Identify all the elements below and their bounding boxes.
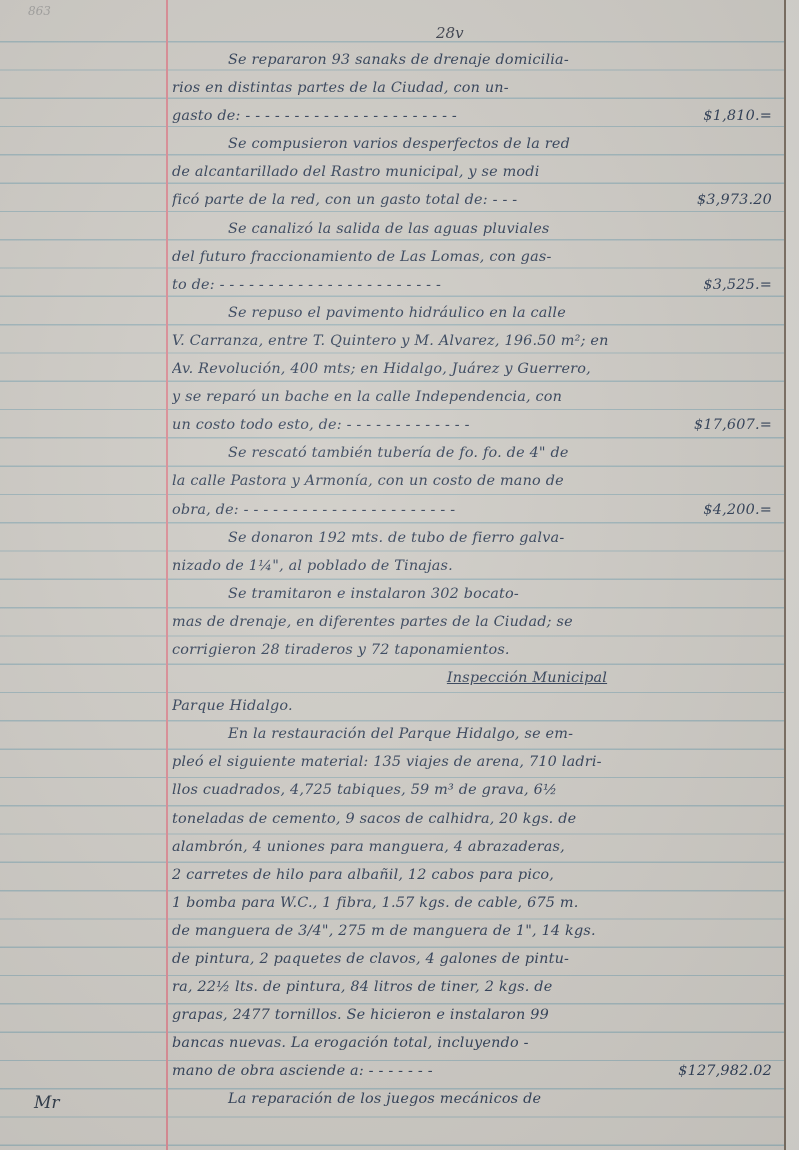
text-line: del futuro fraccionamiento de Las Lomas,… bbox=[172, 243, 772, 271]
text-line: $3,973.20ficó parte de la red, con un ga… bbox=[172, 186, 772, 214]
dash-leader: - - - bbox=[488, 192, 518, 208]
text-line: $1,810.=gasto de: - - - - - - - - - - - … bbox=[172, 102, 772, 130]
line-text: Se repuso el pavimento hidráulico en la … bbox=[228, 305, 566, 321]
expense-amount: $127,982.02 bbox=[678, 1057, 772, 1085]
line-text: mano de obra asciende a: bbox=[172, 1063, 369, 1079]
text-line: toneladas de cemento, 9 sacos de calhidr… bbox=[172, 805, 772, 833]
line-text: alambrón, 4 uniones para manguera, 4 abr… bbox=[172, 839, 565, 855]
line-text: Se compusieron varios desperfectos de la… bbox=[228, 136, 570, 152]
line-text: Parque Hidalgo. bbox=[172, 698, 293, 714]
text-line: La reparación de los juegos mecánicos de bbox=[172, 1085, 772, 1113]
line-text: y se reparó un bache en la calle Indepen… bbox=[172, 389, 562, 405]
corner-pencil-mark: 863 bbox=[28, 4, 51, 18]
text-line: En la restauración del Parque Hidalgo, s… bbox=[172, 720, 772, 748]
line-text: La reparación de los juegos mecánicos de bbox=[228, 1091, 541, 1107]
line-text: pleó el siguiente material: 135 viajes d… bbox=[172, 754, 602, 770]
line-text: de manguera de 3/4", 275 m de manguera d… bbox=[172, 923, 596, 939]
line-text: ficó parte de la red, con un gasto total… bbox=[172, 192, 488, 208]
line-text: obra, de: bbox=[172, 502, 244, 518]
text-line: $3,525.=to de: - - - - - - - - - - - - -… bbox=[172, 271, 772, 299]
text-line: Parque Hidalgo. bbox=[172, 692, 772, 720]
line-text: del futuro fraccionamiento de Las Lomas,… bbox=[172, 249, 552, 265]
expense-amount: $4,200.= bbox=[703, 496, 772, 524]
red-margin-line bbox=[166, 0, 168, 1150]
line-text: grapas, 2477 tornillos. Se hicieron e in… bbox=[172, 1007, 549, 1023]
dash-leader: - - - - - - - bbox=[369, 1063, 433, 1079]
line-text: Se donaron 192 mts. de tubo de fierro ga… bbox=[228, 530, 564, 546]
text-line: Se repuso el pavimento hidráulico en la … bbox=[172, 299, 772, 327]
text-line: Se tramitaron e instalaron 302 bocato- bbox=[172, 580, 772, 608]
line-text: la calle Pastora y Armonía, con un costo… bbox=[172, 473, 564, 489]
text-line: corrigieron 28 tiraderos y 72 taponamien… bbox=[172, 636, 772, 664]
dash-leader: - - - - - - - - - - - - - - - - - - - - … bbox=[244, 502, 456, 518]
line-text: de pintura, 2 paquetes de clavos, 4 galo… bbox=[172, 951, 569, 967]
text-line: 1 bomba para W.C., 1 fibra, 1.57 kgs. de… bbox=[172, 889, 772, 917]
line-text: un costo todo esto, de: bbox=[172, 417, 347, 433]
line-text: de alcantarillado del Rastro municipal, … bbox=[172, 164, 540, 180]
expense-amount: $3,525.= bbox=[703, 271, 772, 299]
line-text: rios en distintas partes de la Ciudad, c… bbox=[172, 80, 509, 96]
adjacent-page-strip bbox=[786, 0, 799, 1150]
text-line: grapas, 2477 tornillos. Se hicieron e in… bbox=[172, 1001, 772, 1029]
line-text: En la restauración del Parque Hidalgo, s… bbox=[228, 726, 573, 742]
line-text: Se tramitaron e instalaron 302 bocato- bbox=[228, 586, 519, 602]
line-text: Se repararon 93 sanaks de drenaje domici… bbox=[228, 52, 569, 68]
line-text: Se rescató también tubería de fo. fo. de… bbox=[228, 445, 569, 461]
notebook-page: 863 28v Mr Se repararon 93 sanaks de dre… bbox=[0, 0, 799, 1150]
text-line: bancas nuevas. La erogación total, inclu… bbox=[172, 1029, 772, 1057]
line-text: mas de drenaje, en diferentes partes de … bbox=[172, 614, 573, 630]
text-line: alambrón, 4 uniones para manguera, 4 abr… bbox=[172, 833, 772, 861]
text-line: la calle Pastora y Armonía, con un costo… bbox=[172, 467, 772, 495]
text-line: de alcantarillado del Rastro municipal, … bbox=[172, 158, 772, 186]
line-text: toneladas de cemento, 9 sacos de calhidr… bbox=[172, 811, 576, 827]
text-line: Se repararon 93 sanaks de drenaje domici… bbox=[172, 46, 772, 74]
text-line: Se rescató también tubería de fo. fo. de… bbox=[172, 439, 772, 467]
page-number: 28v bbox=[436, 24, 464, 42]
text-line: pleó el siguiente material: 135 viajes d… bbox=[172, 748, 772, 776]
text-line: Se canalizó la salida de las aguas pluvi… bbox=[172, 215, 772, 243]
text-line: Se compusieron varios desperfectos de la… bbox=[172, 130, 772, 158]
expense-amount: $17,607.= bbox=[694, 411, 772, 439]
line-text: ra, 22½ lts. de pintura, 84 litros de ti… bbox=[172, 979, 552, 995]
line-text: bancas nuevas. La erogación total, inclu… bbox=[172, 1035, 529, 1051]
text-line: $127,982.02mano de obra asciende a: - - … bbox=[172, 1057, 772, 1085]
line-text: 2 carretes de hilo para albañil, 12 cabo… bbox=[172, 867, 554, 883]
text-line: de manguera de 3/4", 275 m de manguera d… bbox=[172, 917, 772, 945]
text-line: $4,200.=obra, de: - - - - - - - - - - - … bbox=[172, 496, 772, 524]
line-text: Inspección Municipal bbox=[447, 670, 607, 686]
line-text: Av. Revolución, 400 mts; en Hidalgo, Juá… bbox=[172, 361, 591, 377]
text-line: Av. Revolución, 400 mts; en Hidalgo, Juá… bbox=[172, 355, 772, 383]
text-line: y se reparó un bache en la calle Indepen… bbox=[172, 383, 772, 411]
dash-leader: - - - - - - - - - - - - - bbox=[347, 417, 470, 433]
dash-leader: - - - - - - - - - - - - - - - - - - - - … bbox=[220, 277, 441, 293]
text-line: de pintura, 2 paquetes de clavos, 4 galo… bbox=[172, 945, 772, 973]
text-line: Se donaron 192 mts. de tubo de fierro ga… bbox=[172, 524, 772, 552]
line-text: 1 bomba para W.C., 1 fibra, 1.57 kgs. de… bbox=[172, 895, 579, 911]
line-text: llos cuadrados, 4,725 tabiques, 59 m³ de… bbox=[172, 782, 557, 798]
handwritten-text-body: Se repararon 93 sanaks de drenaje domici… bbox=[172, 46, 772, 1114]
expense-amount: $3,973.20 bbox=[697, 186, 772, 214]
text-line: ra, 22½ lts. de pintura, 84 litros de ti… bbox=[172, 973, 772, 1001]
section-heading: Inspección Municipal bbox=[172, 664, 772, 692]
text-line: $17,607.=un costo todo esto, de: - - - -… bbox=[172, 411, 772, 439]
line-text: corrigieron 28 tiraderos y 72 taponamien… bbox=[172, 642, 510, 658]
text-line: mas de drenaje, en diferentes partes de … bbox=[172, 608, 772, 636]
expense-amount: $1,810.= bbox=[703, 102, 772, 130]
line-text: Se canalizó la salida de las aguas pluvi… bbox=[228, 221, 550, 237]
line-text: V. Carranza, entre T. Quintero y M. Alva… bbox=[172, 333, 609, 349]
line-text: nizado de 1¼", al poblado de Tinajas. bbox=[172, 558, 453, 574]
line-text: to de: bbox=[172, 277, 220, 293]
text-line: 2 carretes de hilo para albañil, 12 cabo… bbox=[172, 861, 772, 889]
text-line: nizado de 1¼", al poblado de Tinajas. bbox=[172, 552, 772, 580]
text-line: llos cuadrados, 4,725 tabiques, 59 m³ de… bbox=[172, 776, 772, 804]
line-text: gasto de: bbox=[172, 108, 245, 124]
margin-initials: Mr bbox=[34, 1093, 60, 1113]
text-line: rios en distintas partes de la Ciudad, c… bbox=[172, 74, 772, 102]
dash-leader: - - - - - - - - - - - - - - - - - - - - … bbox=[245, 108, 457, 124]
text-line: V. Carranza, entre T. Quintero y M. Alva… bbox=[172, 327, 772, 355]
